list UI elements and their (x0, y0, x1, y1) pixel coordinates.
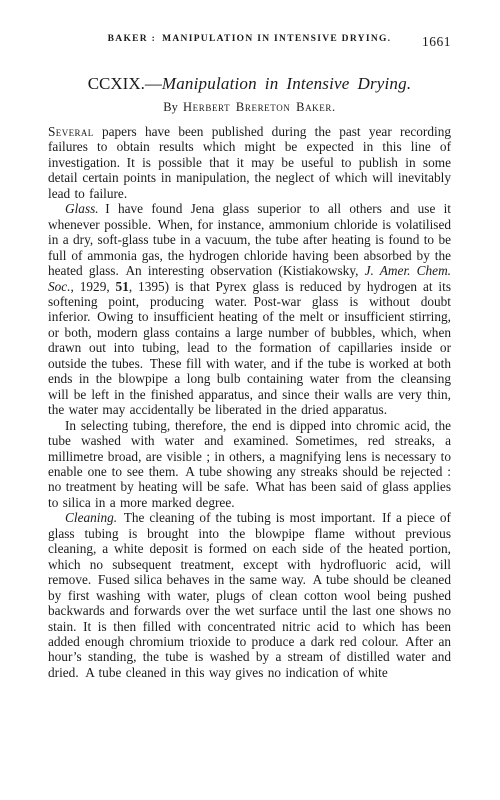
text-run: 51 (116, 279, 129, 294)
page-header: BAKER : MANIPULATION IN INTENSIVE DRYING… (48, 33, 451, 48)
article-title-italic: Manipulation in Intensive Drying. (162, 74, 411, 93)
paragraph: Cleaning. The cleaning of the tubing is … (48, 510, 451, 680)
page-number: 1661 (422, 35, 451, 48)
byline-prefix: By (163, 100, 183, 114)
paragraph: Glass. I have found Jena glass superior … (48, 201, 451, 417)
text-run: , 1395) is that Pyrex glass is reduced b… (48, 279, 451, 418)
text-run: Several (48, 124, 94, 139)
text-run: , 1929, (71, 279, 116, 294)
text-column: BAKER : MANIPULATION IN INTENSIVE DRYING… (48, 33, 451, 680)
paragraph: Several papers have been published durin… (48, 124, 451, 201)
text-run: The cleaning of the tubing is most impor… (48, 510, 451, 680)
journal-page: BAKER : MANIPULATION IN INTENSIVE DRYING… (0, 0, 500, 800)
running-title: BAKER : MANIPULATION IN INTENSIVE DRYING… (48, 33, 451, 46)
article-number: CCXIX.— (88, 74, 162, 93)
text-run: In selecting tubing, therefore, the end … (48, 418, 451, 510)
byline: By Herbert Brereton Baker. (48, 100, 451, 115)
byline-author: Herbert Brereton Baker. (183, 100, 336, 114)
text-run: papers have been published during the pa… (48, 124, 451, 201)
paragraph: In selecting tubing, therefore, the end … (48, 418, 451, 511)
text-run: Cleaning. (65, 510, 117, 525)
text-run: Glass. (65, 201, 99, 216)
article-title: CCXIX.—Manipulation in Intensive Drying. (48, 74, 451, 94)
article-body: Several papers have been published durin… (48, 124, 451, 680)
